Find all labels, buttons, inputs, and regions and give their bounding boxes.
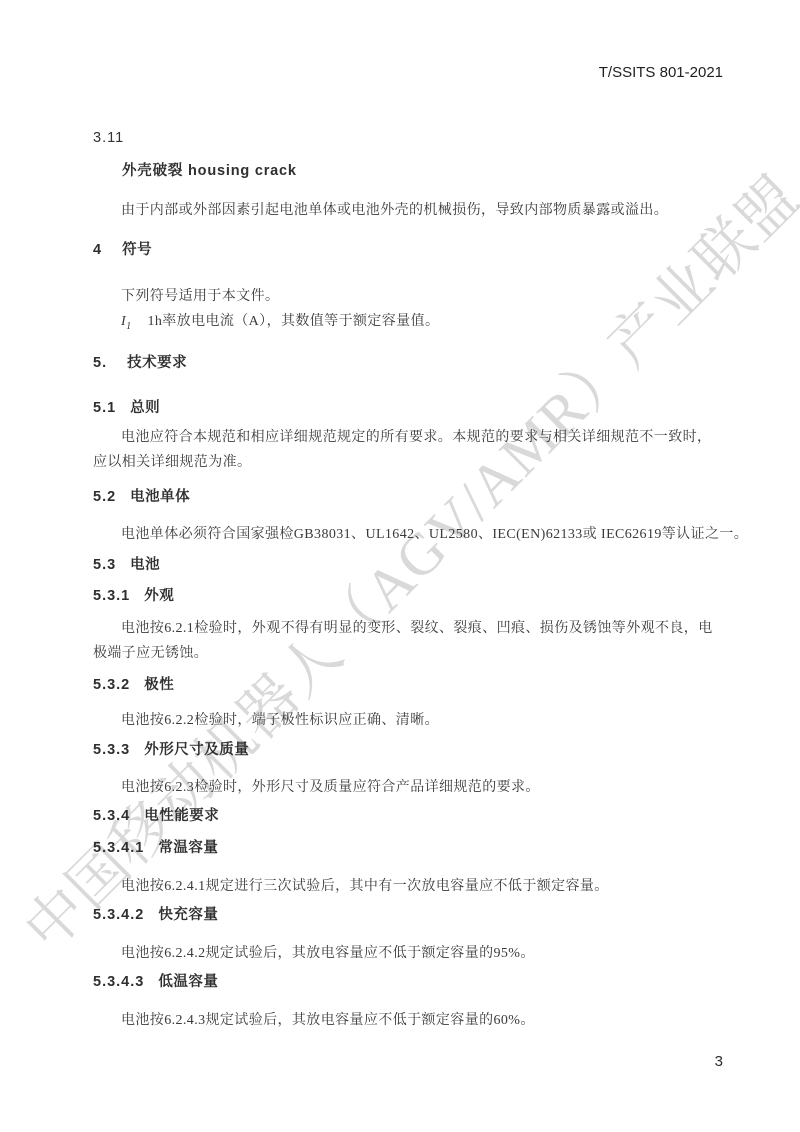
clause-title: 极性 — [144, 677, 174, 693]
section-5-1-heading: 5.1总则 — [93, 401, 160, 416]
clause-number: 5.3.2 — [93, 677, 130, 693]
document-page: 中国移动机器人（AGV/AMR）产业联盟 T/SSITS 801-2021 3.… — [0, 0, 800, 1132]
clause-title: 外形尺寸及质量 — [144, 742, 249, 758]
symbol-subscript: 1 — [126, 321, 131, 332]
clause-number: 5.3 — [93, 557, 116, 573]
section-5-3-4-3-heading: 5.3.4.3低温容量 — [93, 975, 218, 990]
clause-number: 4 — [93, 242, 102, 258]
section-5-3-4-heading: 5.3.4电性能要求 — [93, 809, 219, 824]
section-5-3-4-2-heading: 5.3.4.2快充容量 — [93, 908, 218, 923]
symbol-i1: I1 — [121, 314, 131, 329]
section-5-3-4-1-body: 电池按6.2.4.1规定进行三次试验后，其中有一次放电容量应不低于额定容量。 — [93, 874, 723, 899]
clause-3-11-number: 3.11 — [93, 131, 124, 146]
clause-5-heading: 5.技术要求 — [93, 356, 187, 371]
clause-title: 低温容量 — [158, 974, 218, 990]
clause-number: 5. — [93, 355, 107, 371]
clause-title: 技术要求 — [127, 355, 187, 371]
section-5-3-4-2-body: 电池按6.2.4.2规定试验后，其放电容量应不低于额定容量的95%。 — [93, 941, 723, 966]
section-5-3-heading: 5.3电池 — [93, 558, 160, 573]
clause-title: 电性能要求 — [144, 808, 219, 824]
section-5-3-3-body: 电池按6.2.3检验时，外形尺寸及质量应符合产品详细规范的要求。 — [93, 775, 723, 800]
clause-number: 5.2 — [93, 489, 116, 505]
section-5-3-1-heading: 5.3.1外观 — [93, 589, 174, 604]
clause-number: 5.3.4.3 — [93, 974, 144, 990]
clause-title: 电池单体 — [130, 489, 190, 505]
doc-code: T/SSITS 801-2021 — [599, 64, 723, 81]
clause-4-heading: 4符号 — [93, 243, 152, 258]
clause-title: 符号 — [122, 242, 152, 258]
section-5-2-body: 电池单体必须符合国家强检GB38031、UL1642、UL2580、IEC(EN… — [93, 522, 723, 547]
section-5-3-2-body: 电池按6.2.2检验时，端子极性标识应正确、清晰。 — [93, 708, 723, 733]
symbol-description: 1h率放电电流（A），其数值等于额定容量值。 — [147, 314, 439, 329]
clause-number: 5.3.4.2 — [93, 907, 144, 923]
section-5-3-4-1-heading: 5.3.4.1常温容量 — [93, 841, 218, 856]
section-5-3-2-heading: 5.3.2极性 — [93, 678, 174, 693]
section-5-3-3-heading: 5.3.3外形尺寸及质量 — [93, 743, 249, 758]
section-5-1-body: 电池应符合本规范和相应详细规范规定的所有要求。本规范的要求与相关详细规范不一致时… — [93, 425, 723, 475]
page-number: 3 — [715, 1053, 723, 1070]
section-5-3-4-3-body: 电池按6.2.4.3规定试验后，其放电容量应不低于额定容量的60%。 — [93, 1008, 723, 1033]
symbol-definition-line: I11h率放电电流（A），其数值等于额定容量值。 — [93, 309, 723, 339]
term-heading: 外壳破裂 housing crack — [122, 164, 297, 179]
section-5-3-1-body: 电池按6.2.1检验时，外观不得有明显的变形、裂纹、裂痕、凹痕、损伤及锈蚀等外观… — [93, 616, 723, 666]
clause-number: 5.1 — [93, 400, 116, 416]
clause-number: 5.3.4 — [93, 808, 130, 824]
clause-number: 5.3.4.1 — [93, 840, 144, 856]
clause-number: 5.3.3 — [93, 742, 130, 758]
clause-title: 外观 — [144, 588, 174, 604]
clause-title: 常温容量 — [158, 840, 218, 856]
clause-title: 总则 — [130, 400, 160, 416]
page-content: 3.11 外壳破裂 housing crack 由于内部或外部因素引起电池单体或… — [93, 0, 723, 1132]
clause-title: 电池 — [130, 557, 160, 573]
section-5-2-heading: 5.2电池单体 — [93, 490, 190, 505]
clause-number: 5.3.1 — [93, 588, 130, 604]
term-definition: 由于内部或外部因素引起电池单体或电池外壳的机械损伤，导致内部物质暴露或溢出。 — [93, 198, 723, 223]
symbols-intro: 下列符号适用于本文件。 — [93, 284, 723, 309]
clause-title: 快充容量 — [158, 907, 218, 923]
